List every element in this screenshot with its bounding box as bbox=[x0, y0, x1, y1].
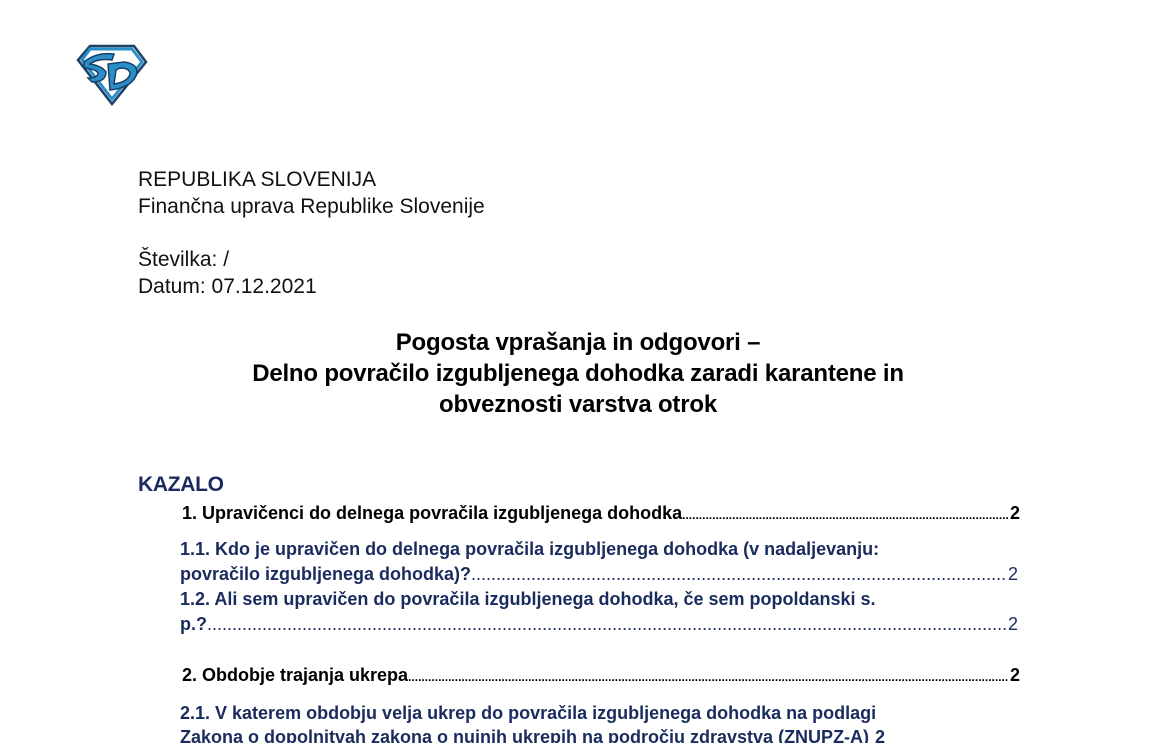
toc-entry-text: p.? bbox=[180, 614, 207, 635]
toc-entry-1-2-cont[interactable]: p.? ....................................… bbox=[180, 614, 1018, 635]
sd-logo bbox=[76, 44, 148, 106]
toc-page-number: 2 bbox=[1006, 564, 1018, 585]
toc-entry-text: Zakona o dopolnitvah zakona o nujnih ukr… bbox=[180, 727, 869, 743]
toc-leader-dots: ........................................… bbox=[471, 564, 1006, 585]
document-header: REPUBLIKA SLOVENIJA Finančna uprava Repu… bbox=[138, 166, 485, 300]
sd-shield-logo-icon bbox=[76, 44, 148, 106]
title-line-2: Delno povračilo izgubljenega dohodka zar… bbox=[150, 358, 1006, 389]
toc-page-number: 2 bbox=[1008, 503, 1020, 524]
toc-entry-1-2[interactable]: 1.2. Ali sem upravičen do povračila izgu… bbox=[180, 589, 1018, 610]
toc-leader-dots: ........................................… bbox=[207, 614, 1006, 635]
toc-entry-1-1[interactable]: 1.1. Kdo je upravičen do delnega povrači… bbox=[180, 539, 1018, 560]
toc-entry-2-1-cont[interactable]: Zakona o dopolnitvah zakona o nujnih ukr… bbox=[180, 727, 1018, 743]
toc-entry-text: povračilo izgubljenega dohodka)? bbox=[180, 564, 471, 585]
toc-entry-1-1-cont[interactable]: povračilo izgubljenega dohodka)? .......… bbox=[180, 564, 1018, 585]
toc-entry-text: 1. Upravičenci do delnega povračila izgu… bbox=[182, 503, 682, 524]
document-date: Datum: 07.12.2021 bbox=[138, 273, 485, 300]
toc-leader-dots: ........................................… bbox=[682, 508, 1008, 522]
document-number: Številka: / bbox=[138, 246, 485, 273]
toc-entry-text: 1.2. Ali sem upravičen do povračila izgu… bbox=[180, 589, 876, 609]
toc-page-number: 2 bbox=[1006, 614, 1018, 635]
document-title: Pogosta vprašanja in odgovori – Delno po… bbox=[150, 327, 1006, 420]
toc-entry-2[interactable]: 2. Obdobje trajanja ukrepa .............… bbox=[182, 665, 1020, 686]
country-name: REPUBLIKA SLOVENIJA bbox=[138, 166, 485, 193]
authority-name: Finančna uprava Republike Slovenije bbox=[138, 193, 485, 220]
toc-leader-dots: ........................................… bbox=[408, 670, 1008, 684]
title-line-1: Pogosta vprašanja in odgovori – bbox=[150, 327, 1006, 358]
toc-heading: KAZALO bbox=[138, 473, 224, 497]
toc-entry-1[interactable]: 1. Upravičenci do delnega povračila izgu… bbox=[182, 503, 1020, 524]
title-line-3: obveznosti varstva otrok bbox=[150, 389, 1006, 420]
toc-entry-text: 2.1. V katerem obdobju velja ukrep do po… bbox=[180, 703, 876, 723]
toc-page-number: 2 bbox=[869, 727, 885, 743]
toc-entry-2-1[interactable]: 2.1. V katerem obdobju velja ukrep do po… bbox=[180, 703, 1018, 724]
toc-page-number: 2 bbox=[1008, 665, 1020, 686]
toc-entry-text: 1.1. Kdo je upravičen do delnega povrači… bbox=[180, 539, 879, 559]
toc-entry-text: 2. Obdobje trajanja ukrepa bbox=[182, 665, 408, 686]
